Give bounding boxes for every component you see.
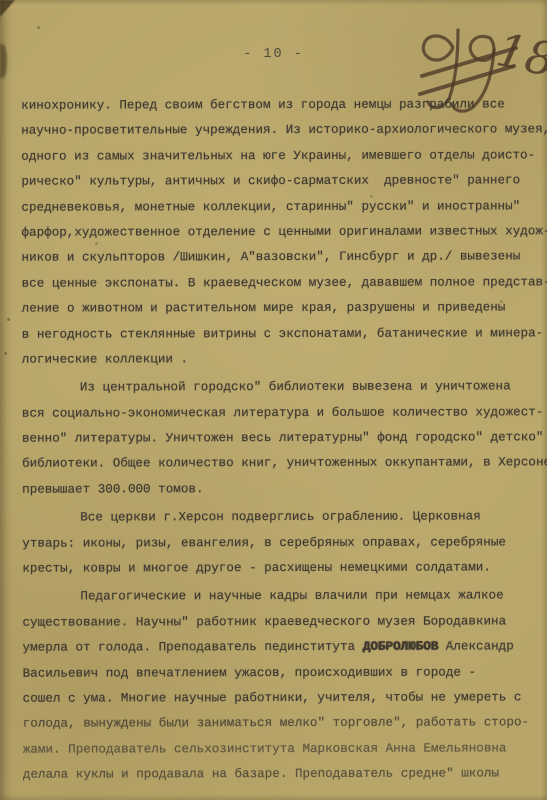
scan-edge-top	[0, 0, 547, 5]
text-line: делала куклы и продавала на базаре. Преп…	[23, 761, 547, 788]
text-line: ников и скульпторов /Шишкин, А"вазовски"…	[21, 245, 547, 272]
text-line: венно" литературы. Уничтожен весь литера…	[22, 425, 547, 452]
text-line: в негодность стеклянные витрины с экспон…	[22, 321, 547, 348]
text-line: ление о животном и растительном мире кра…	[22, 295, 547, 322]
text-line: умерла от голода. Преподаватель пединсти…	[23, 635, 547, 662]
document-page: - 10 - 18 кинохронику. Перед своим бегст…	[0, 0, 547, 800]
text-line: вся социально-экономическая литература и…	[22, 400, 547, 427]
text-line: Из центральной городско" библиотеки выве…	[22, 375, 547, 402]
text-line: Педагогические и научные кадры влачили п…	[22, 584, 547, 611]
text-line: кресты, ковры и многое другое - расхищен…	[22, 555, 547, 582]
scan-edge-left	[0, 0, 13, 800]
text-line: утварь: иконы, ризы, евангелия, в серебр…	[22, 530, 547, 557]
text-line: средневековья, монетные коллекции, стари…	[21, 194, 547, 221]
text-line: превышает 300.000 томов.	[22, 476, 547, 503]
scan-edge-bottom	[0, 794, 547, 800]
text-line: сошел с ума. Многие научные работники, у…	[23, 685, 547, 712]
text-line: рическо" культуры, античных и скифо-сарм…	[21, 168, 547, 195]
paragraph: Педагогические и научные кадры влачили п…	[22, 584, 547, 789]
text-line: жами. Преподаватель сельхозинститута Мар…	[23, 736, 547, 763]
scan-corner-shadow	[0, 0, 15, 17]
paper-specks	[37, 26, 40, 29]
text-line: голода, вынуждены были заниматься мелко"…	[23, 711, 547, 738]
text-line: Васильевич под впечатлением ужасов, прои…	[23, 660, 547, 687]
paragraph: кинохронику. Перед своим бегством из гор…	[21, 92, 547, 373]
text-line: одного из самых значительных на юге Укра…	[21, 143, 547, 170]
text-line: библиотеки. Общее количество книг, уничт…	[22, 451, 547, 478]
text-body: кинохронику. Перед своим бегством из гор…	[21, 92, 547, 788]
paragraph: Все церкви г.Херсон подверглись ограблен…	[22, 505, 547, 583]
text-line: все ценные экспонаты. В краеведческом му…	[22, 270, 547, 297]
text-line: Все церкви г.Херсон подверглись ограблен…	[22, 505, 547, 532]
text-line: логические коллекции .	[22, 346, 547, 373]
text-line: фарфор,художественное отделение с ценным…	[21, 219, 547, 246]
annotation-number: 18	[492, 22, 547, 87]
paragraph: Из центральной городско" библиотеки выве…	[22, 375, 547, 503]
text-line: существование. Научны" работник краеведч…	[22, 609, 547, 636]
text-line: кинохронику. Перед своим бегством из гор…	[21, 92, 547, 119]
text-line: научно-просветительные учреждения. Из ис…	[21, 118, 547, 145]
